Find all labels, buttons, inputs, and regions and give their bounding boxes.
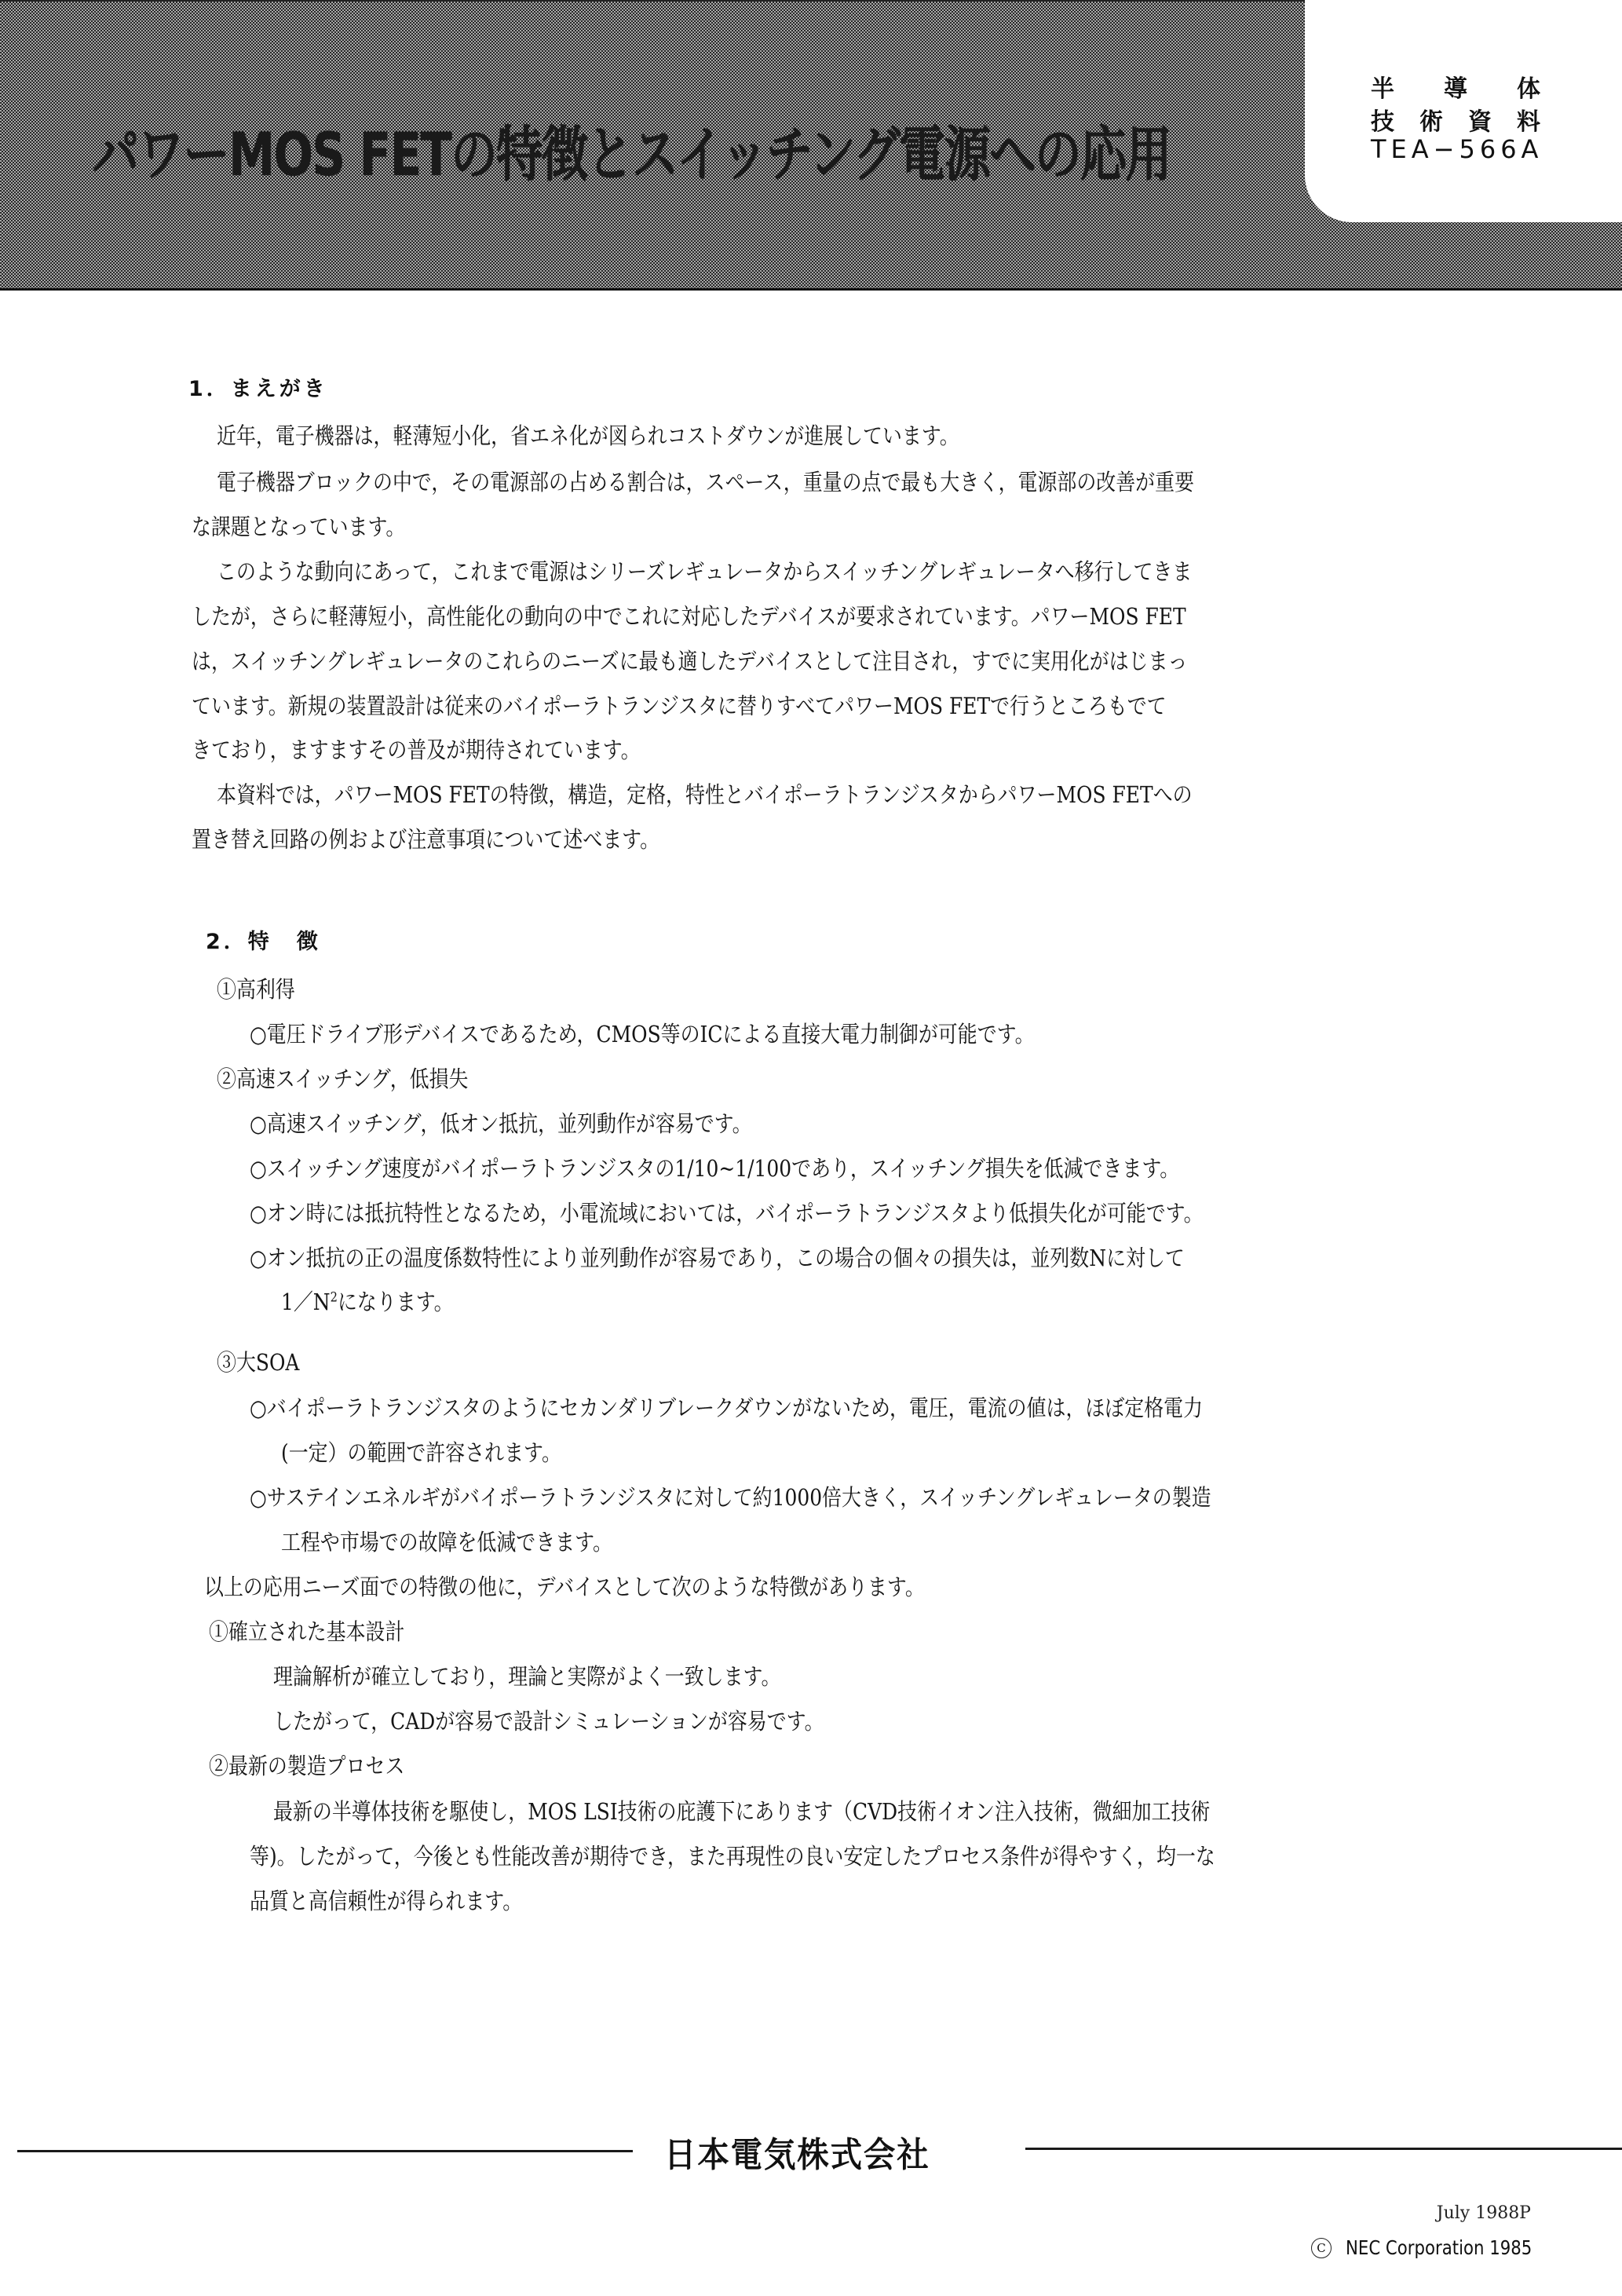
feature-bullet: ○電圧ドライブ形デバイスであるため，CMOS等のICによる直接大電力制御が可能で… xyxy=(250,1018,1035,1050)
feature-title: ③大SOA xyxy=(217,1347,299,1378)
paragraph-line: このような動向にあって，これまで電源はシリーズレギュレータからスイッチングレギュ… xyxy=(217,556,1192,587)
feature-title: ②高速スイッチング，低損失 xyxy=(217,1063,468,1095)
paragraph-line: したが，さらに軽薄短小，高性能化の動向の中でこれに対応したデバイスが要求されてい… xyxy=(192,601,1186,632)
paragraph-line: 以上の応用ニーズ面での特徴の他に，デバイスとして次のような特徴があります。 xyxy=(204,1571,925,1603)
document-id-box: 半 導 体 技 術 資 料 TEA−566A xyxy=(1305,0,1622,222)
company-name: 日本電気株式会社 xyxy=(664,2126,930,2177)
paragraph-line: 電子機器ブロックの中で，その電源部の占める割合は，スペース，重量の点で最も大きく… xyxy=(217,466,1194,498)
paragraph-line: 置き替え回路の例および注意事項について述べます。 xyxy=(192,824,659,855)
paragraph-line: 理論解析が確立しており，理論と実際がよく一致します。 xyxy=(273,1661,780,1692)
paragraph-line: 等)。したがって，今後とも性能改善が期待でき，また再現性の良い安定したプロセス条… xyxy=(250,1841,1215,1872)
feature-bullet: ○オン抵抗の正の温度係数特性により並列動作が容易であり，この場合の個々の損失は，… xyxy=(250,1242,1185,1274)
feature-title: ①確立された基本設計 xyxy=(209,1616,404,1647)
formula-suffix: になります。 xyxy=(338,1289,454,1315)
doc-category: 半 導 体 xyxy=(1371,69,1540,104)
feature-bullet: (一定）の範囲で許容されます。 xyxy=(281,1437,561,1468)
copyright-icon: C xyxy=(1311,2238,1332,2258)
doc-category-char: 導 xyxy=(1444,69,1467,104)
feature-bullet: ○バイポーラトランジスタのようにセカンダリブレークダウンがないため，電圧，電流の… xyxy=(250,1392,1203,1424)
footer-rule-left xyxy=(17,2150,633,2152)
paragraph-line: 品質と高信頼性が得られます。 xyxy=(250,1885,522,1917)
paragraph-line: 近年，電子機器は，軽薄短小化，省エネ化が図られコストダウンが進展しています。 xyxy=(217,420,959,452)
doc-type-char: 技 xyxy=(1371,102,1394,137)
doc-category-char: 半 xyxy=(1371,69,1394,104)
feature-bullet: 工程や市場での故障を低減できます。 xyxy=(281,1526,612,1558)
feature-bullet: ○スイッチング速度がバイポーラトランジスタの1/10~1/100であり，スイッチ… xyxy=(250,1153,1179,1184)
footer-rule-right xyxy=(1025,2148,1622,2150)
feature-bullet: ○オン時には抵抗特性となるため，小電流域においては，バイポーラトランジスタより低… xyxy=(250,1197,1204,1229)
section-heading-features: 2．特 徴 xyxy=(206,927,321,958)
doc-number: TEA−566A xyxy=(1371,134,1540,164)
doc-category-char: 体 xyxy=(1517,69,1540,104)
formula-text: 1／N xyxy=(281,1289,331,1315)
section-heading-intro: 1．まえがき xyxy=(188,374,328,405)
feature-bullet: ○サステインエネルギがバイポーラトランジスタに対して約1000倍大きく，スイッチ… xyxy=(250,1482,1211,1513)
paragraph-line: な課題となっています。 xyxy=(192,511,405,543)
feature-bullet-continuation: 1／N2になります。 xyxy=(281,1286,454,1318)
paragraph-line: は，スイッチングレギュレータのこれらのニーズに最も適したデバイスとして注目され，… xyxy=(192,645,1187,677)
paragraph-line: 最新の半導体技術を駆使し，MOS LSI技術の庇護下にあります（CVD技術イオン… xyxy=(273,1796,1210,1827)
paragraph-line: ています。新規の装置設計は従来のバイポーラトランジスタに替りすべてパワーMOS … xyxy=(192,690,1167,722)
doc-type-char: 料 xyxy=(1517,102,1540,137)
paragraph-line: したがって，CADが容易で設計シミュレーションが容易です。 xyxy=(273,1706,824,1737)
document-title: パワーMOS FETの特徴とスイッチング電源への応用 xyxy=(93,119,1171,190)
paragraph-line: 本資料では，パワーMOS FETの特徴，構造，定格，特性とバイポーラトランジスタ… xyxy=(217,779,1193,810)
doc-type-char: 資 xyxy=(1468,102,1492,137)
feature-title: ②最新の製造プロセス xyxy=(209,1750,404,1782)
doc-type-char: 術 xyxy=(1419,102,1443,137)
publication-date: July 1988P xyxy=(1437,2203,1531,2223)
feature-bullet: ○高速スイッチング，低オン抵抗，並列動作が容易です。 xyxy=(250,1108,752,1139)
superscript: 2 xyxy=(331,1289,338,1305)
feature-title: ①高利得 xyxy=(217,974,295,1005)
paragraph-line: きており，ますますその普及が期待されています。 xyxy=(192,734,641,766)
copyright-notice: C NEC Corporation 1985 xyxy=(1311,2236,1565,2259)
doc-type: 技 術 資 料 xyxy=(1371,102,1540,137)
copyright-text: NEC Corporation 1985 xyxy=(1346,2236,1532,2259)
